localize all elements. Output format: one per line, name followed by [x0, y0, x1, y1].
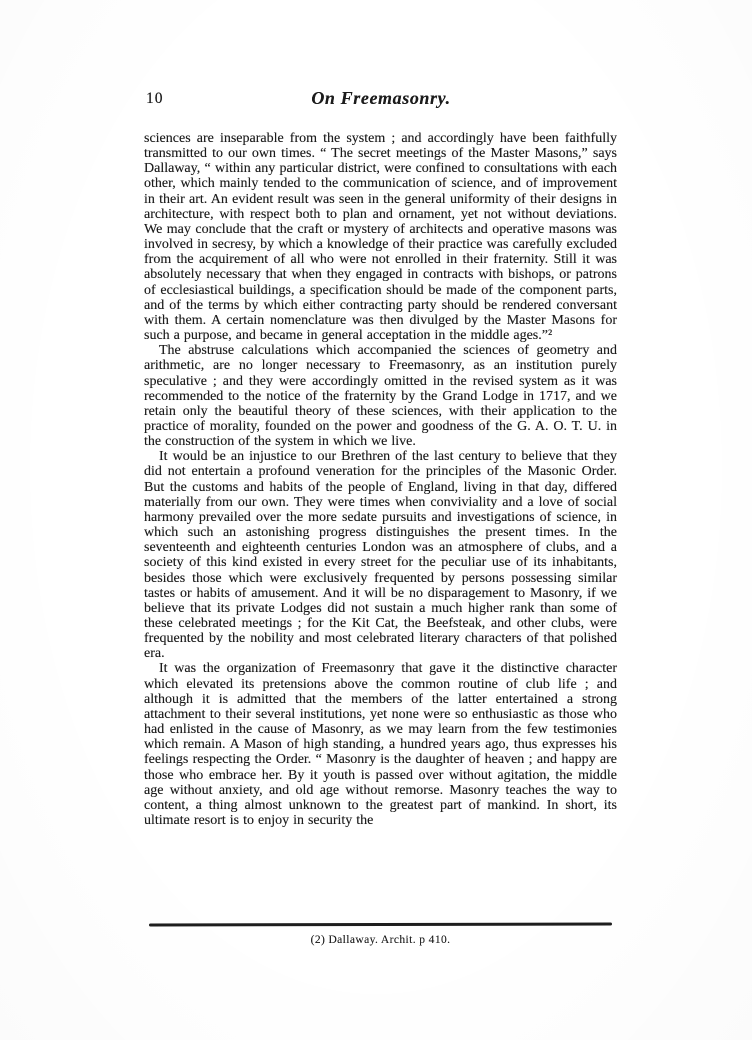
paragraph-3: It would be an injustice to our Brethren…: [144, 449, 617, 661]
footnote-area: (2) Dallaway. Archit. p 410.: [149, 923, 612, 946]
page-body: sciences are inseparable from the system…: [144, 131, 617, 828]
running-title: On Freemasonry.: [144, 88, 618, 109]
paragraph-2: The abstruse calculations which accompan…: [144, 343, 617, 449]
paragraph-1: sciences are inseparable from the system…: [144, 131, 617, 343]
footnote-divider: [149, 923, 612, 926]
footnote: (2) Dallaway. Archit. p 410.: [149, 934, 612, 946]
book-page: 10 On Freemasonry. sciences are insepara…: [0, 0, 752, 1040]
running-head: 10 On Freemasonry.: [144, 88, 618, 112]
paragraph-4: It was the organization of Freemasonry t…: [144, 661, 617, 828]
